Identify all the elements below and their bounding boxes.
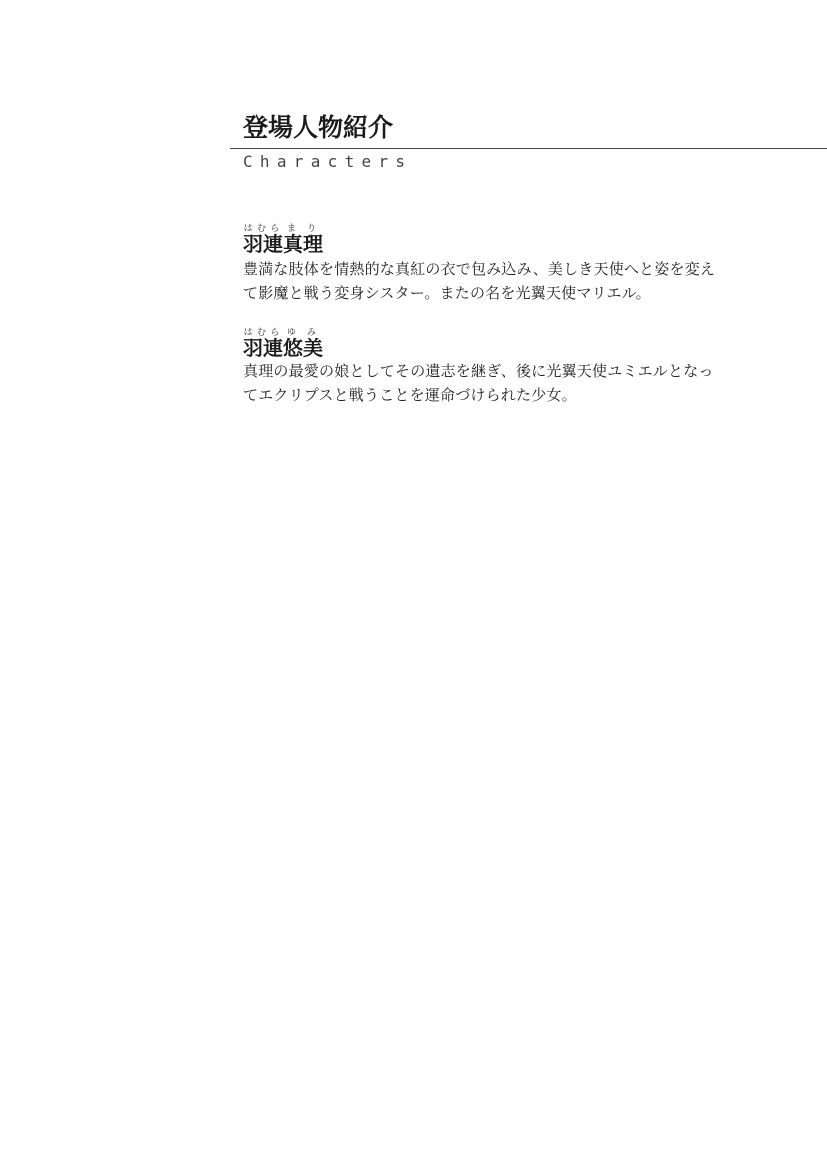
character-entry-mari: 羽連はむら真理まり 豊満な肢体を情熱的な真紅の衣で包み込み、美しき天使へと姿を変… (243, 224, 743, 305)
description-line: てエクリプスと戦うことを運命づけられた少女。 (243, 386, 577, 404)
character-description: 豊満な肢体を情熱的な真紅の衣で包み込み、美しき天使へと姿を変え て影魔と戦う変身… (243, 257, 743, 305)
page-title: 登場人物紹介 (243, 112, 393, 144)
name-surname: 羽連はむら (243, 232, 283, 256)
character-name: 羽連はむら真理まり (243, 224, 743, 255)
title-divider (230, 148, 827, 149)
surname-text: 羽連 (243, 336, 283, 360)
given-name-ruby: ゆみ (283, 328, 323, 338)
given-name-text: 悠美 (283, 336, 323, 360)
name-given: 悠美ゆみ (283, 336, 323, 360)
given-name-text: 真理 (283, 232, 323, 256)
given-name-ruby: まり (283, 224, 323, 234)
page-subtitle: Characters (243, 152, 412, 172)
surname-text: 羽連 (243, 232, 283, 256)
description-line: 真理の最愛の娘としてその遺志を継ぎ、後に光翼天使ユミエルとなっ (243, 362, 714, 380)
description-line: 豊満な肢体を情熱的な真紅の衣で包み込み、美しき天使へと姿を変え (243, 260, 715, 278)
character-entry-yumi: 羽連はむら悠美ゆみ 真理の最愛の娘としてその遺志を継ぎ、後に光翼天使ユミエルとな… (243, 328, 743, 407)
description-line: て影魔と戦う変身シスター。またの名を光翼天使マリエル。 (243, 284, 651, 302)
surname-ruby: はむら (243, 224, 283, 234)
character-name: 羽連はむら悠美ゆみ (243, 328, 743, 359)
name-surname: 羽連はむら (243, 336, 283, 360)
surname-ruby: はむら (243, 328, 283, 338)
name-given: 真理まり (283, 232, 323, 256)
character-description: 真理の最愛の娘としてその遺志を継ぎ、後に光翼天使ユミエルとなっ てエクリプスと戦… (243, 359, 743, 407)
